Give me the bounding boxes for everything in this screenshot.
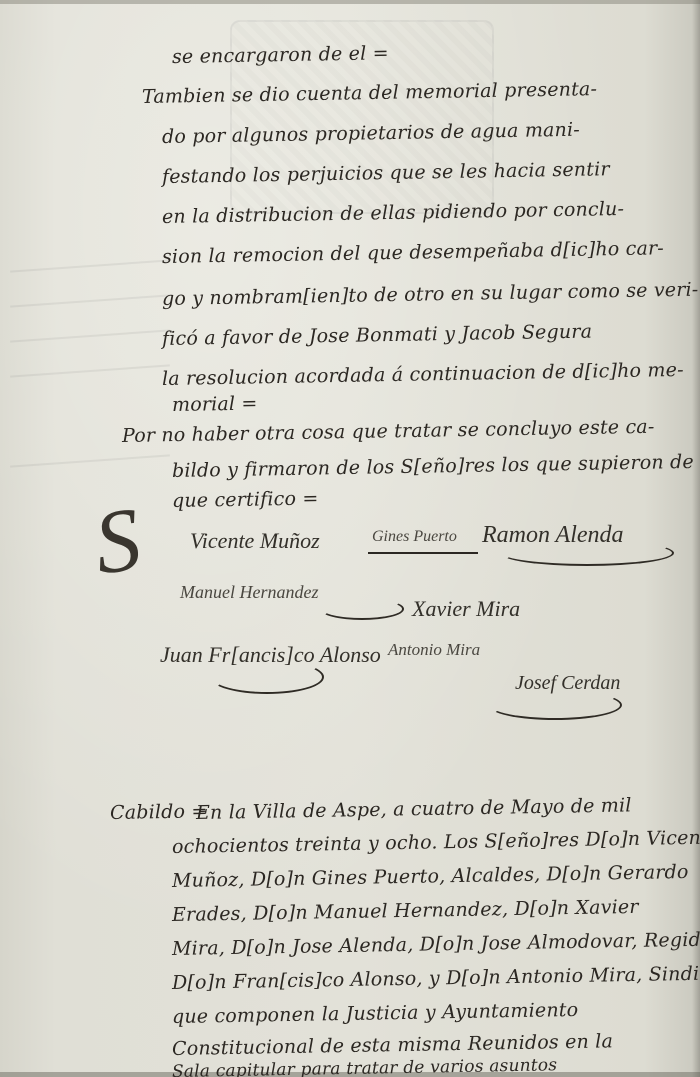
- text-line: que componen la Justicia y Ayuntamiento: [172, 999, 579, 1028]
- signature: Antonio Mira: [388, 640, 480, 660]
- text-line: bildo y firmaron de los S[eño]res los qu…: [172, 451, 694, 482]
- signature: Xavier Mira: [412, 596, 520, 622]
- signature-underline: [368, 552, 478, 554]
- text-line: Mira, D[o]n Jose Alenda, D[o]n Jose Almo…: [172, 928, 700, 960]
- notary-flourish-icon: S: [88, 487, 147, 595]
- text-line: la resolucion acordada á continuacion de…: [162, 359, 684, 390]
- text-line: ficó a favor de Jose Bonmati y Jacob Seg…: [162, 320, 593, 350]
- signature: Manuel Hernandez: [180, 582, 318, 603]
- margin-label: Cabildo =: [110, 800, 208, 824]
- bleed-through-line: [10, 454, 170, 467]
- manuscript-page: se encargaron de el = Tambien se dio cue…: [0, 0, 700, 1077]
- text-line: Muñoz, D[o]n Gines Puerto, Alcaldes, D[o…: [172, 861, 689, 892]
- text-line: sion la remocion del que desempeñaba d[i…: [162, 237, 664, 268]
- page-top-edge: [0, 0, 700, 4]
- text-line: go y nombram[ien]to de otro en su lugar …: [162, 279, 699, 310]
- text-line: Tambien se dio cuenta del memorial prese…: [142, 78, 597, 108]
- signature: Gines Puerto: [372, 528, 457, 546]
- page-binding-shadow: [692, 0, 700, 1077]
- text-line: ochocientos treinta y ocho. Los S[eño]re…: [172, 826, 700, 858]
- text-line: se encargaron de el =: [172, 42, 389, 68]
- text-line: Erades, D[o]n Manuel Hernandez, D[o]n Xa…: [172, 896, 639, 926]
- text-line: D[o]n Fran[cis]co Alonso, y D[o]n Antoni…: [172, 962, 700, 994]
- signature-flourish: [320, 598, 404, 620]
- text-line: do por algunos propietarios de agua mani…: [162, 119, 580, 148]
- signature-flourish: [500, 540, 674, 566]
- signature: Vicente Muñoz: [190, 528, 320, 554]
- text-line: En la Villa de Aspe, a cuatro de Mayo de…: [196, 794, 632, 824]
- text-line: Por no haber otra cosa que tratar se con…: [122, 416, 655, 447]
- bleed-through-line: [10, 259, 170, 272]
- text-line: festando los perjuicios que se les hacia…: [162, 158, 610, 188]
- signature-flourish: [488, 690, 622, 720]
- signature-flourish: [210, 660, 324, 694]
- bleed-through-line: [10, 329, 170, 342]
- text-line: que certifico =: [172, 487, 319, 512]
- bleed-through-line: [10, 364, 170, 377]
- text-line: morial =: [172, 393, 258, 416]
- bleed-through-line: [10, 294, 170, 307]
